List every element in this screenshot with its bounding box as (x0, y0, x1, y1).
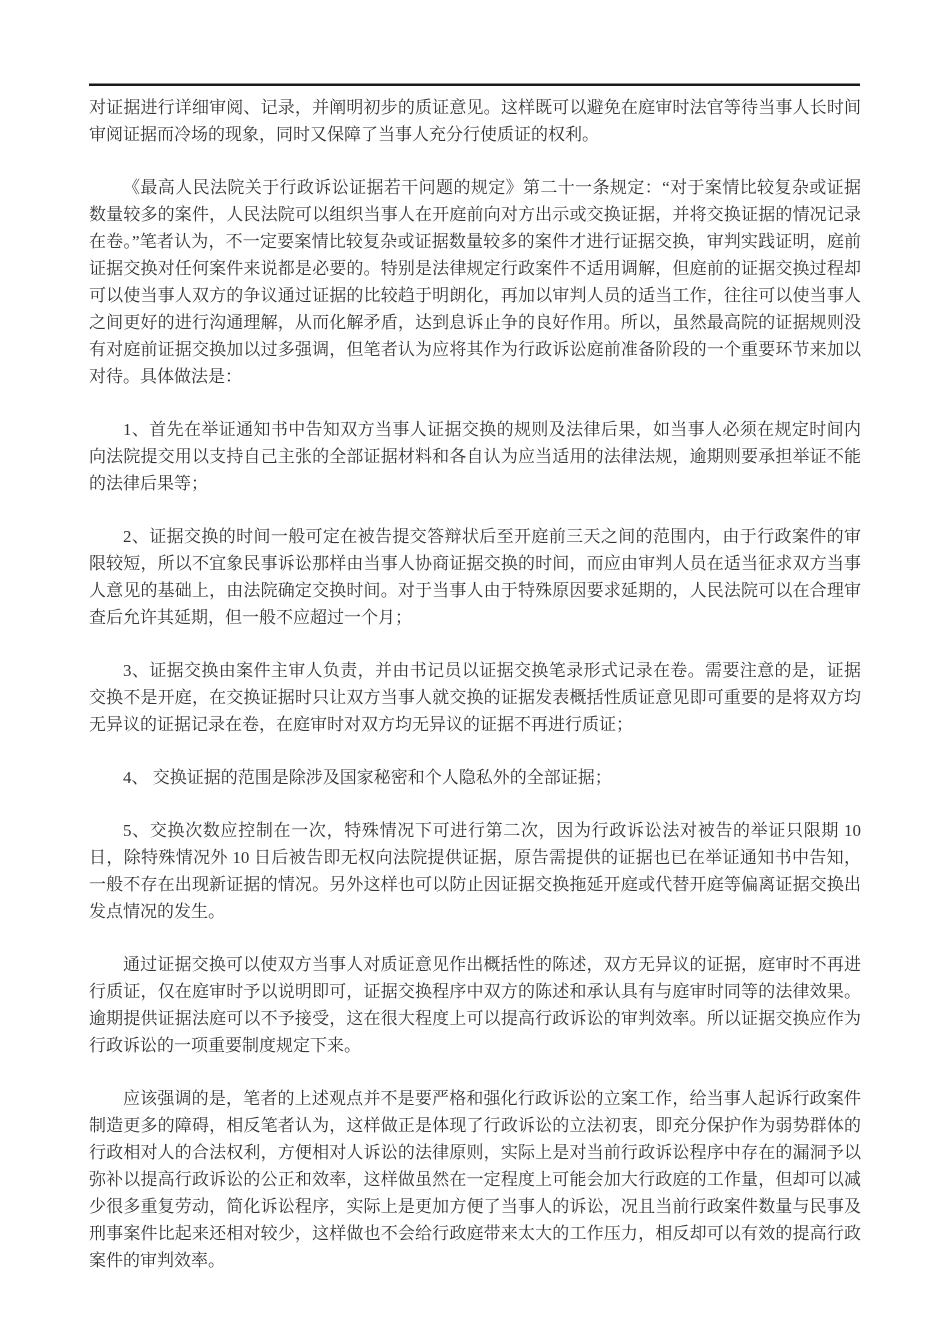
paragraph: 《最高人民法院关于行政诉讼证据若干问题的规定》第二十一条规定：“对于案情比较复杂… (89, 174, 861, 390)
list-item-paragraph: 2、证据交换的时间一般可定在被告提交答辩状后至开庭前三天之间的范围内，由于行政案… (89, 523, 861, 631)
paragraph: 通过证据交换可以使双方当事人对质证意见作出概括性的陈述，双方无异议的证据，庭审时… (89, 951, 861, 1059)
list-item-paragraph: 1、首先在举证通知书中告知双方当事人证据交换的规则及法律后果，如当事人必须在规定… (89, 416, 861, 497)
list-item-paragraph: 4、 交换证据的范围是除涉及国家秘密和个人隐私外的全部证据； (89, 764, 861, 791)
list-item-paragraph: 3、证据交换由案件主审人负责，并由书记员以证据交换笔录形式记录在卷。需要注意的是… (89, 657, 861, 738)
header-divider (89, 83, 860, 86)
paragraph: 应该强调的是，笔者的上述观点并不是要严格和强化行政诉讼的立案工作，给当事人起诉行… (89, 1085, 861, 1274)
article-body: 对证据进行详细审阅、记录，并阐明初步的质证意见。这样既可以避免在庭审时法官等待当… (89, 94, 861, 1300)
list-item-paragraph: 5、交换次数应控制在一次，特殊情况下可进行第二次，因为行政诉讼法对被告的举证只限… (89, 817, 861, 925)
document-page: 对证据进行详细审阅、记录，并阐明初步的质证意见。这样既可以避免在庭审时法官等待当… (0, 0, 950, 1344)
paragraph: 对证据进行详细审阅、记录，并阐明初步的质证意见。这样既可以避免在庭审时法官等待当… (89, 94, 861, 148)
